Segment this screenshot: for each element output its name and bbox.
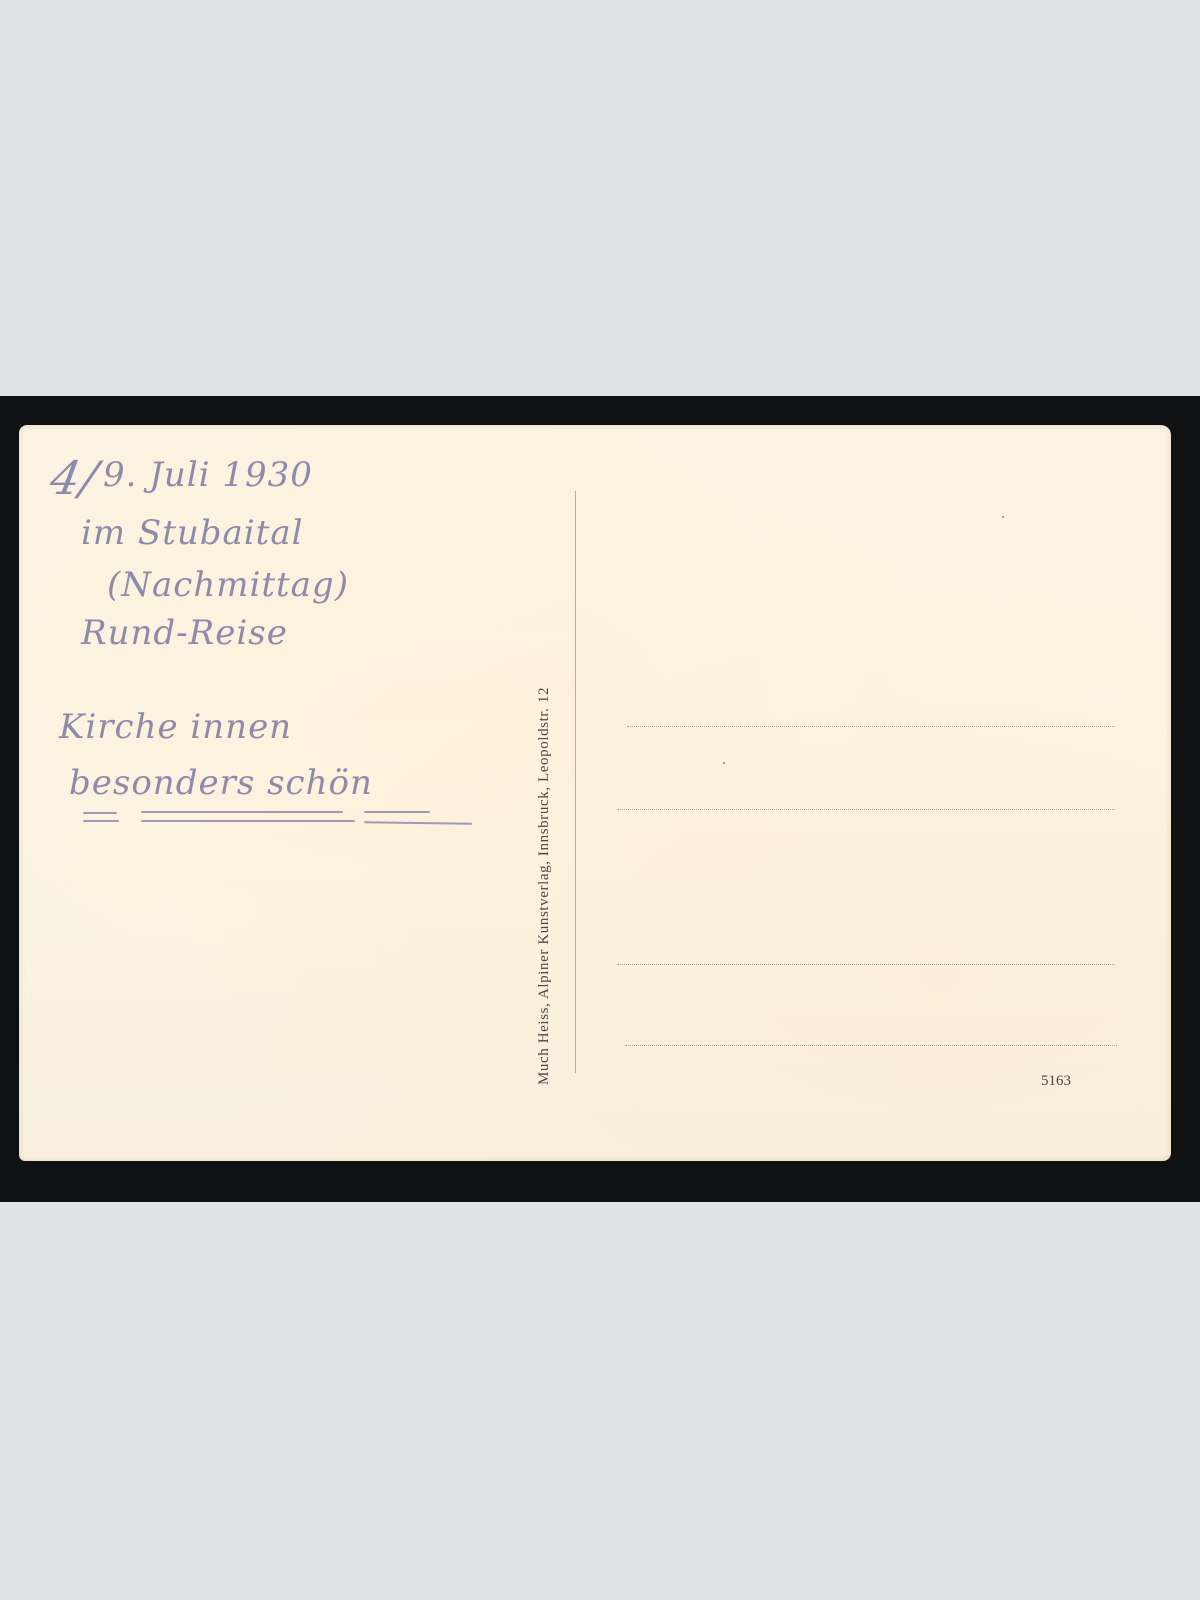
handwritten-place: im Stubaital <box>81 513 304 553</box>
handwritten-church-note: Kirche innen <box>59 707 292 747</box>
handwritten-date: 9. Juli 1930 <box>103 455 313 495</box>
handwritten-trip: Rund-Reise <box>81 613 288 653</box>
address-line-3 <box>617 964 1115 965</box>
underline <box>83 812 117 814</box>
address-line-2 <box>617 809 1115 810</box>
paper-speck <box>723 762 725 764</box>
underline <box>141 811 343 813</box>
underline <box>83 820 119 822</box>
card-number: 5163 <box>1041 1073 1071 1090</box>
handwritten-time-of-day: (Nachmittag) <box>107 565 349 605</box>
address-line-1 <box>627 726 1115 727</box>
underline <box>141 820 355 822</box>
page-background: 4/ 9. Juli 1930 im Stubaital (Nachmittag… <box>0 0 1200 1600</box>
dark-photo-backdrop: 4/ 9. Juli 1930 im Stubaital (Nachmittag… <box>0 396 1200 1202</box>
postcard-back: 4/ 9. Juli 1930 im Stubaital (Nachmittag… <box>19 425 1171 1161</box>
address-line-4 <box>625 1045 1117 1046</box>
underline <box>364 821 472 825</box>
handwritten-emphasis: besonders schön <box>69 763 373 803</box>
publisher-imprint: Much Heiss, Alpiner Kunstverlag, Innsbru… <box>536 525 553 1085</box>
handwritten-number: 4/ <box>46 451 102 505</box>
underline <box>364 811 430 813</box>
paper-speck <box>1002 516 1004 518</box>
center-divider-line <box>575 491 576 1073</box>
